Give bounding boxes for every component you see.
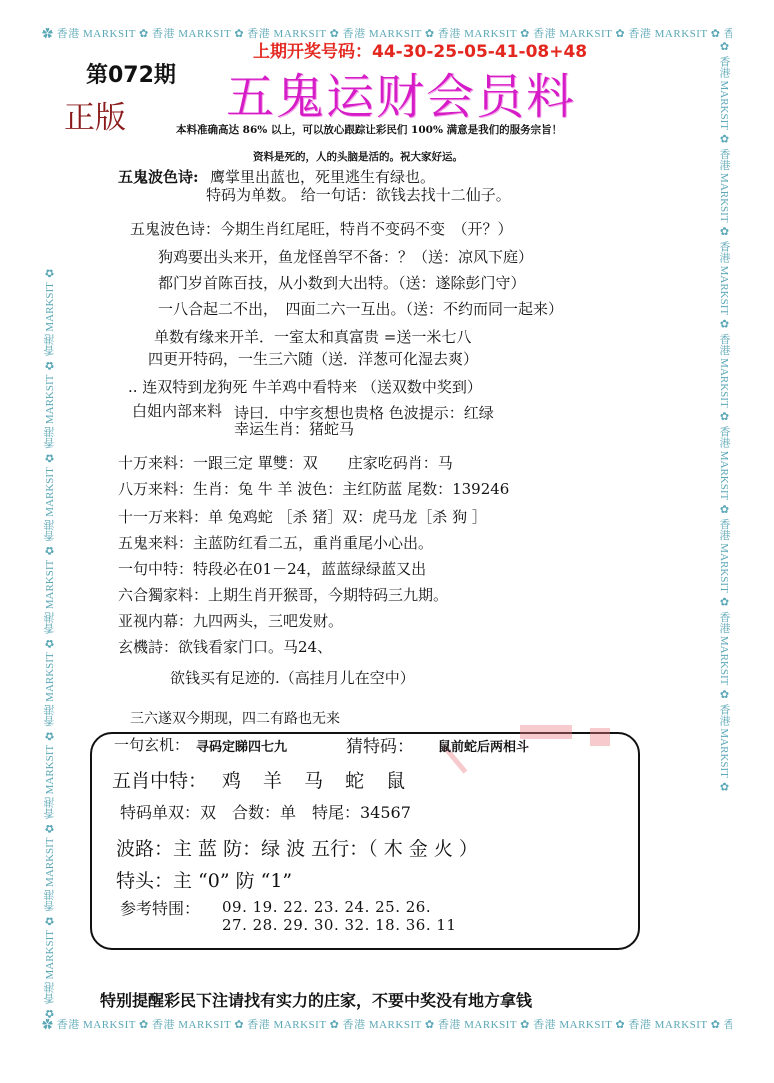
guess-value: 鼠前蛇后两相斗: [438, 736, 529, 755]
info-line-2: 八万来料：生肖：兔 牛 羊 波色：主红防蓝 尾数：139246: [118, 478, 509, 499]
line-36: 三六遂双今期现，四二有路也无来: [130, 708, 340, 728]
issue-number: 第072期: [86, 58, 176, 89]
info-line-7: 亚视内幕：九四两头，三吧发财。: [118, 610, 343, 631]
guess-label: 猜特码：: [346, 732, 414, 757]
poem-line-5: 四更开特码，一生三六随（送．洋葱可化湿去爽）: [148, 348, 478, 369]
five-zodiac-value: 鸡 羊 马 蛇 鼠: [222, 766, 413, 793]
info-line-3: 十一万来料：单 兔鸡蛇 ［杀 猪］双：虎马龙［杀 狗 ］: [118, 506, 487, 527]
hint-value: 寻码定睇四七九: [196, 736, 287, 755]
head-line: 特头：主 “0” 防 “1”: [116, 866, 292, 893]
wave-line: 波路：主 蓝 防：绿 波 五行：（ 木 金 火 ）: [116, 834, 478, 861]
poem-line-4: 单数有缘来开羊．一室太和真富贵 =送一米七八: [154, 326, 471, 347]
poem-line-2: 都门岁首陈百技，从小数到大出特。（送：遂除彭门守）: [158, 272, 526, 293]
five-zodiac-label: 五肖中特：: [112, 766, 207, 793]
info-line-8: 玄機詩：欲钱看家门口。马24、: [118, 636, 332, 657]
lucky-zodiac: 幸运生肖：猪蛇马: [234, 418, 354, 439]
red-stamp-mark: [590, 728, 610, 746]
edition-label: 正版: [64, 92, 126, 137]
watermark-border-bottom: ✿ 香港 MARKSIT ✿ 香港 MARKSIT ✿ 香港 MARKSIT ✿…: [42, 1017, 732, 1033]
odd-even-line: 特码单双：双 合数：单 特尾：34567: [120, 800, 411, 823]
reference-row-1: 09. 19. 22. 23. 24. 25. 26.: [222, 898, 431, 916]
accuracy-note: 本料准确高达 86% 以上，可以放心跟踪让彩民们 100% 满意是我们的服务宗旨…: [176, 122, 562, 137]
watermark-border-left: ✿ 香港 MARKSIT ✿ 香港 MARKSIT ✿ 香港 MARKSIT ✿…: [42, 40, 58, 1020]
info-line-4: 五鬼来料：主蓝防红看二五，重肖重尾小心出。: [118, 532, 433, 553]
footer-warning: 特别提醒彩民下注请找有实力的庄家，不要中奖没有地方拿钱: [100, 988, 532, 1011]
info-line-6: 六合獨家料：上期生肖开猴哥，今期特码三九期。: [118, 584, 448, 605]
poem2: 五鬼波色诗：今期生肖红尾旺，特肖不变码不变 （开？）: [130, 218, 513, 239]
hint-label: 一句玄机：: [114, 734, 189, 755]
info-line-5: 一句中特：特段必在01－24，蓝蓝绿绿蓝又出: [118, 558, 426, 579]
poem-line-3: 一八合起二不出， 四面二六一互出。（送：不约而同一起来）: [158, 298, 563, 319]
poem-line-6: .. 连双特到龙狗死 牛羊鸡中看特来 （送双数中奖到）: [128, 376, 482, 397]
good-luck-note: 资料是死的，人的头脑是活的。祝大家好运。: [253, 149, 463, 164]
watermark-border-right: ✿ 香港 MARKSIT ✿ 香港 MARKSIT ✿ 香港 MARKSIT ✿…: [716, 40, 732, 1020]
reference-row-2: 27. 28. 29. 30. 32. 18. 36. 11: [222, 916, 456, 934]
baijie-label: 白姐内部来料: [132, 400, 222, 421]
info-line-1: 十万来料：一跟三定 單雙：双 庄家吃码肖：马: [118, 452, 453, 473]
reference-label: 参考特围：: [120, 896, 200, 919]
poem-line-1: 狗鸡要出头来开，鱼龙怪兽罕不备：？（送：凉风下庭）: [158, 246, 533, 267]
riddle-line: 欲钱买有足迹的.（高挂月儿在空中）: [170, 667, 415, 688]
poem1-label: 五鬼波色诗:: [118, 166, 199, 187]
page-title: 五鬼运财会员料: [226, 58, 576, 127]
poem1-line2: 特码为单数。 给一句话：欲钱去找十二仙子。: [206, 184, 511, 205]
